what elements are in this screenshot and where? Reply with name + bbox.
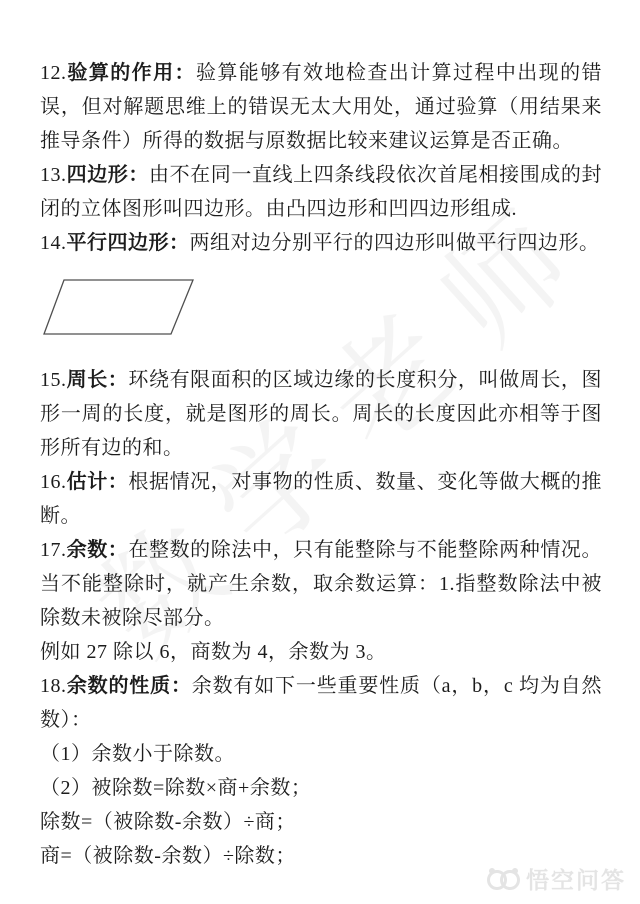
item-number: 12.: [40, 62, 67, 84]
item-term: 四边形：: [67, 164, 149, 186]
formula-divisor-line: 除数=（被除数-余数）÷商；: [40, 805, 602, 839]
item-body: 两组对边分别平行的四边形叫做平行四边形。: [190, 232, 600, 254]
definition-item-17: 17.余数：在整数的除法中，只有能整除与不能整除两种情况。当不能整除时，就产生余…: [40, 533, 602, 635]
brand-watermark-text: 悟空问答: [526, 862, 626, 895]
definition-item-13: 13.四边形：由不在同一直线上四条线段依次首尾相接围成的封闭的立体图形叫四边形。…: [40, 158, 602, 226]
definition-item-12: 12.验算的作用：验算能够有效地检查出计算过程中出现的错误，但对解题思维上的错误…: [40, 56, 602, 158]
item-term: 周长：: [67, 369, 129, 391]
item-term: 验算的作用：: [67, 62, 196, 84]
item-number: 15.: [40, 369, 67, 391]
definition-item-16: 16.估计：根据情况，对事物的性质、数量、变化等做大概的推断。: [40, 465, 602, 533]
parallelogram-figure: [40, 276, 602, 338]
definition-item-18: 18.余数的性质：余数有如下一些重要性质（a，b，c 均为自然数）：: [40, 669, 602, 737]
item-number: 18.: [40, 675, 67, 697]
item-number: 16.: [40, 471, 67, 493]
document-page: 数学老师 12.验算的作用：验算能够有效地检查出计算过程中出现的错误，但对解题思…: [0, 0, 640, 904]
item-term: 余数的性质：: [67, 675, 192, 697]
example-line: 例如 27 除以 6，商数为 4，余数为 3。: [40, 635, 602, 669]
definition-item-14: 14.平行四边形：两组对边分别平行的四边形叫做平行四边形。: [40, 226, 602, 260]
item-term: 平行四边形：: [67, 232, 190, 254]
property-line-2: （2）被除数=除数×商+余数；: [40, 771, 602, 805]
parallelogram-svg: [40, 276, 240, 338]
wukong-logo-icon: [486, 866, 520, 892]
item-number: 17.: [40, 539, 67, 561]
property-line-1: （1）余数小于除数。: [40, 737, 602, 771]
document-content: 12.验算的作用：验算能够有效地检查出计算过程中出现的错误，但对解题思维上的错误…: [40, 56, 602, 873]
parallelogram-shape: [44, 280, 193, 334]
item-term: 余数：: [67, 539, 129, 561]
definition-item-15: 15.周长：环绕有限面积的区域边缘的长度积分，叫做周长，图形一周的长度，就是图形…: [40, 363, 602, 465]
item-term: 估计：: [67, 471, 129, 493]
brand-watermark: 悟空问答: [486, 862, 626, 895]
item-number: 14.: [40, 232, 67, 254]
item-number: 13.: [40, 164, 67, 186]
